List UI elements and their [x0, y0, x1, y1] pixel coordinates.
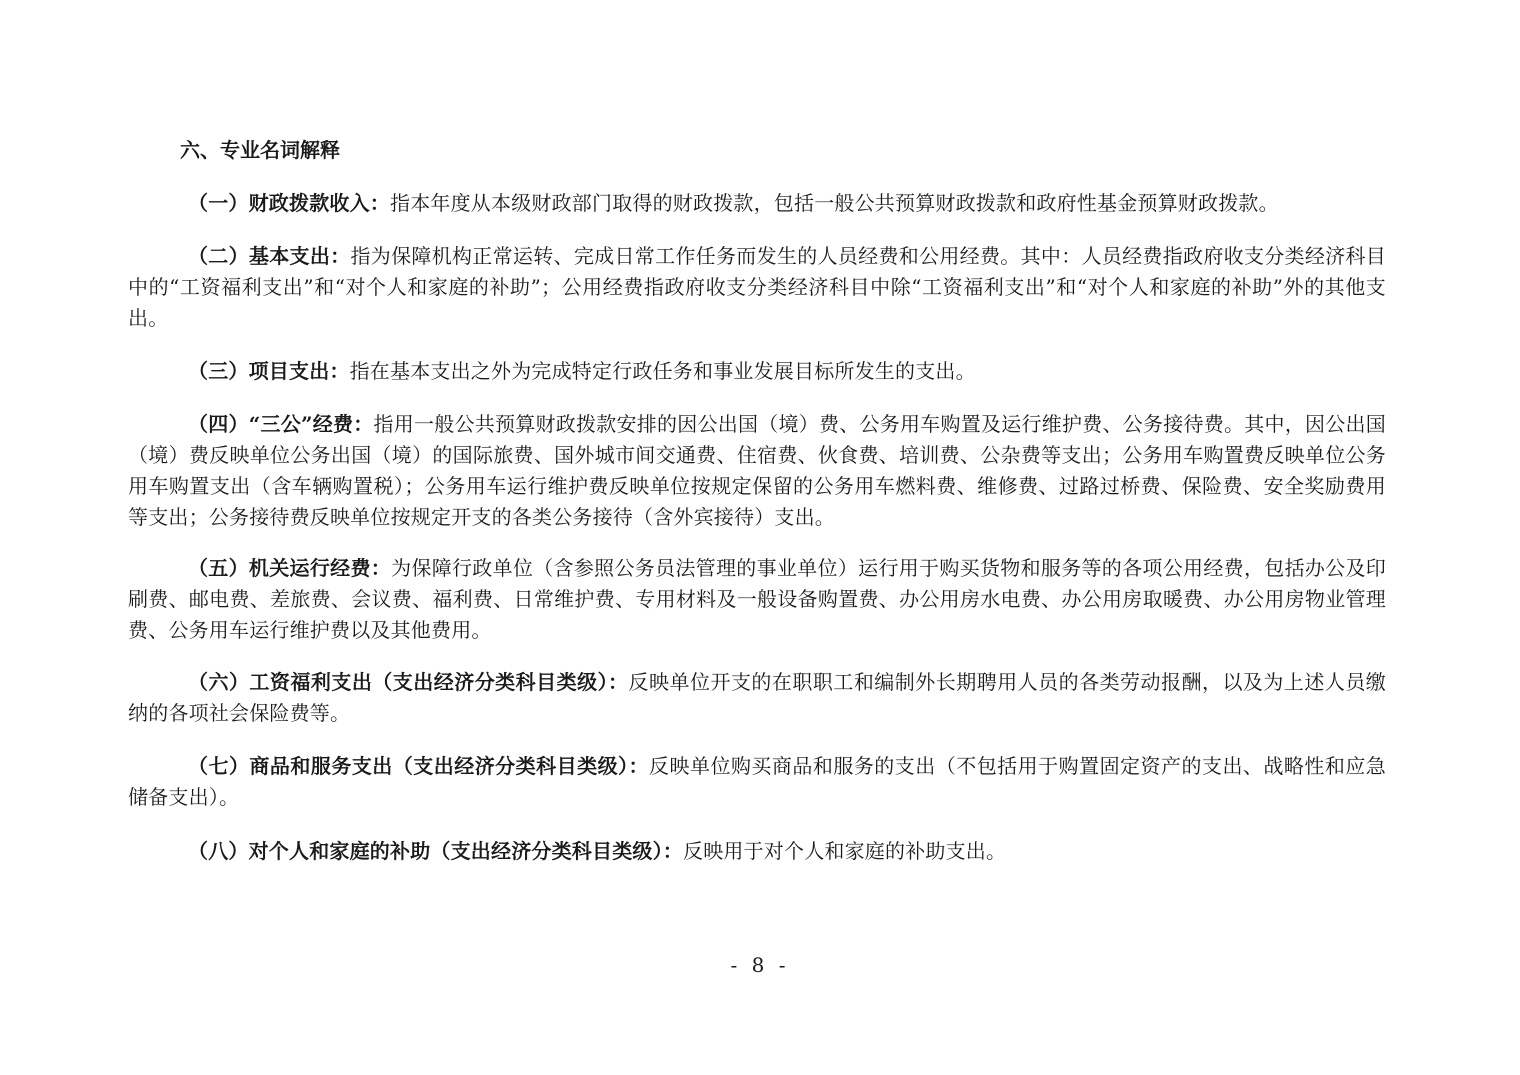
definition-paragraph-7: （七）商品和服务支出（支出经济分类科目类级）：反映单位购买商品和服务的支出（不包… [128, 751, 1386, 813]
section-title: 六、专业名词解释 [180, 136, 340, 164]
definition-term: （三）项目支出： [188, 359, 350, 383]
definition-term: （四）“三公”经费： [188, 412, 374, 436]
definition-term: （二）基本支出： [188, 244, 350, 268]
definition-paragraph-5: （五）机关运行经费：为保障行政单位（含参照公务员法管理的事业单位）运行用于购买货… [128, 553, 1386, 646]
definition-paragraph-8: （八）对个人和家庭的补助（支出经济分类科目类级）：反映用于对个人和家庭的补助支出… [128, 836, 1386, 867]
definition-text: 指本年度从本级财政部门取得的财政拨款，包括一般公共预算财政拨款和政府性基金预算财… [390, 191, 1279, 215]
definition-paragraph-1: （一）财政拨款收入：指本年度从本级财政部门取得的财政拨款，包括一般公共预算财政拨… [128, 188, 1386, 219]
definition-text: 反映用于对个人和家庭的补助支出。 [683, 839, 1006, 863]
page-number: - 8 - [0, 951, 1520, 979]
definition-text: 指在基本支出之外为完成特定行政任务和事业发展目标所发生的支出。 [350, 359, 976, 383]
definition-term: （七）商品和服务支出（支出经济分类科目类级）： [188, 754, 649, 778]
definition-paragraph-6: （六）工资福利支出（支出经济分类科目类级）：反映单位开支的在职职工和编制外长期聘… [128, 667, 1386, 729]
definition-term: （八）对个人和家庭的补助（支出经济分类科目类级）： [188, 839, 683, 863]
definition-term: （一）财政拨款收入： [188, 191, 390, 215]
definition-term: （五）机关运行经费： [188, 556, 391, 580]
document-page: 六、专业名词解释 （一）财政拨款收入：指本年度从本级财政部门取得的财政拨款，包括… [0, 0, 1520, 1075]
definition-paragraph-2: （二）基本支出：指为保障机构正常运转、完成日常工作任务而发生的人员经费和公用经费… [128, 241, 1386, 334]
definition-paragraph-3: （三）项目支出：指在基本支出之外为完成特定行政任务和事业发展目标所发生的支出。 [128, 356, 1386, 387]
definition-term: （六）工资福利支出（支出经济分类科目类级）： [188, 670, 629, 694]
definition-paragraph-4: （四）“三公”经费：指用一般公共预算财政拨款安排的因公出国（境）费、公务用车购置… [128, 409, 1386, 533]
